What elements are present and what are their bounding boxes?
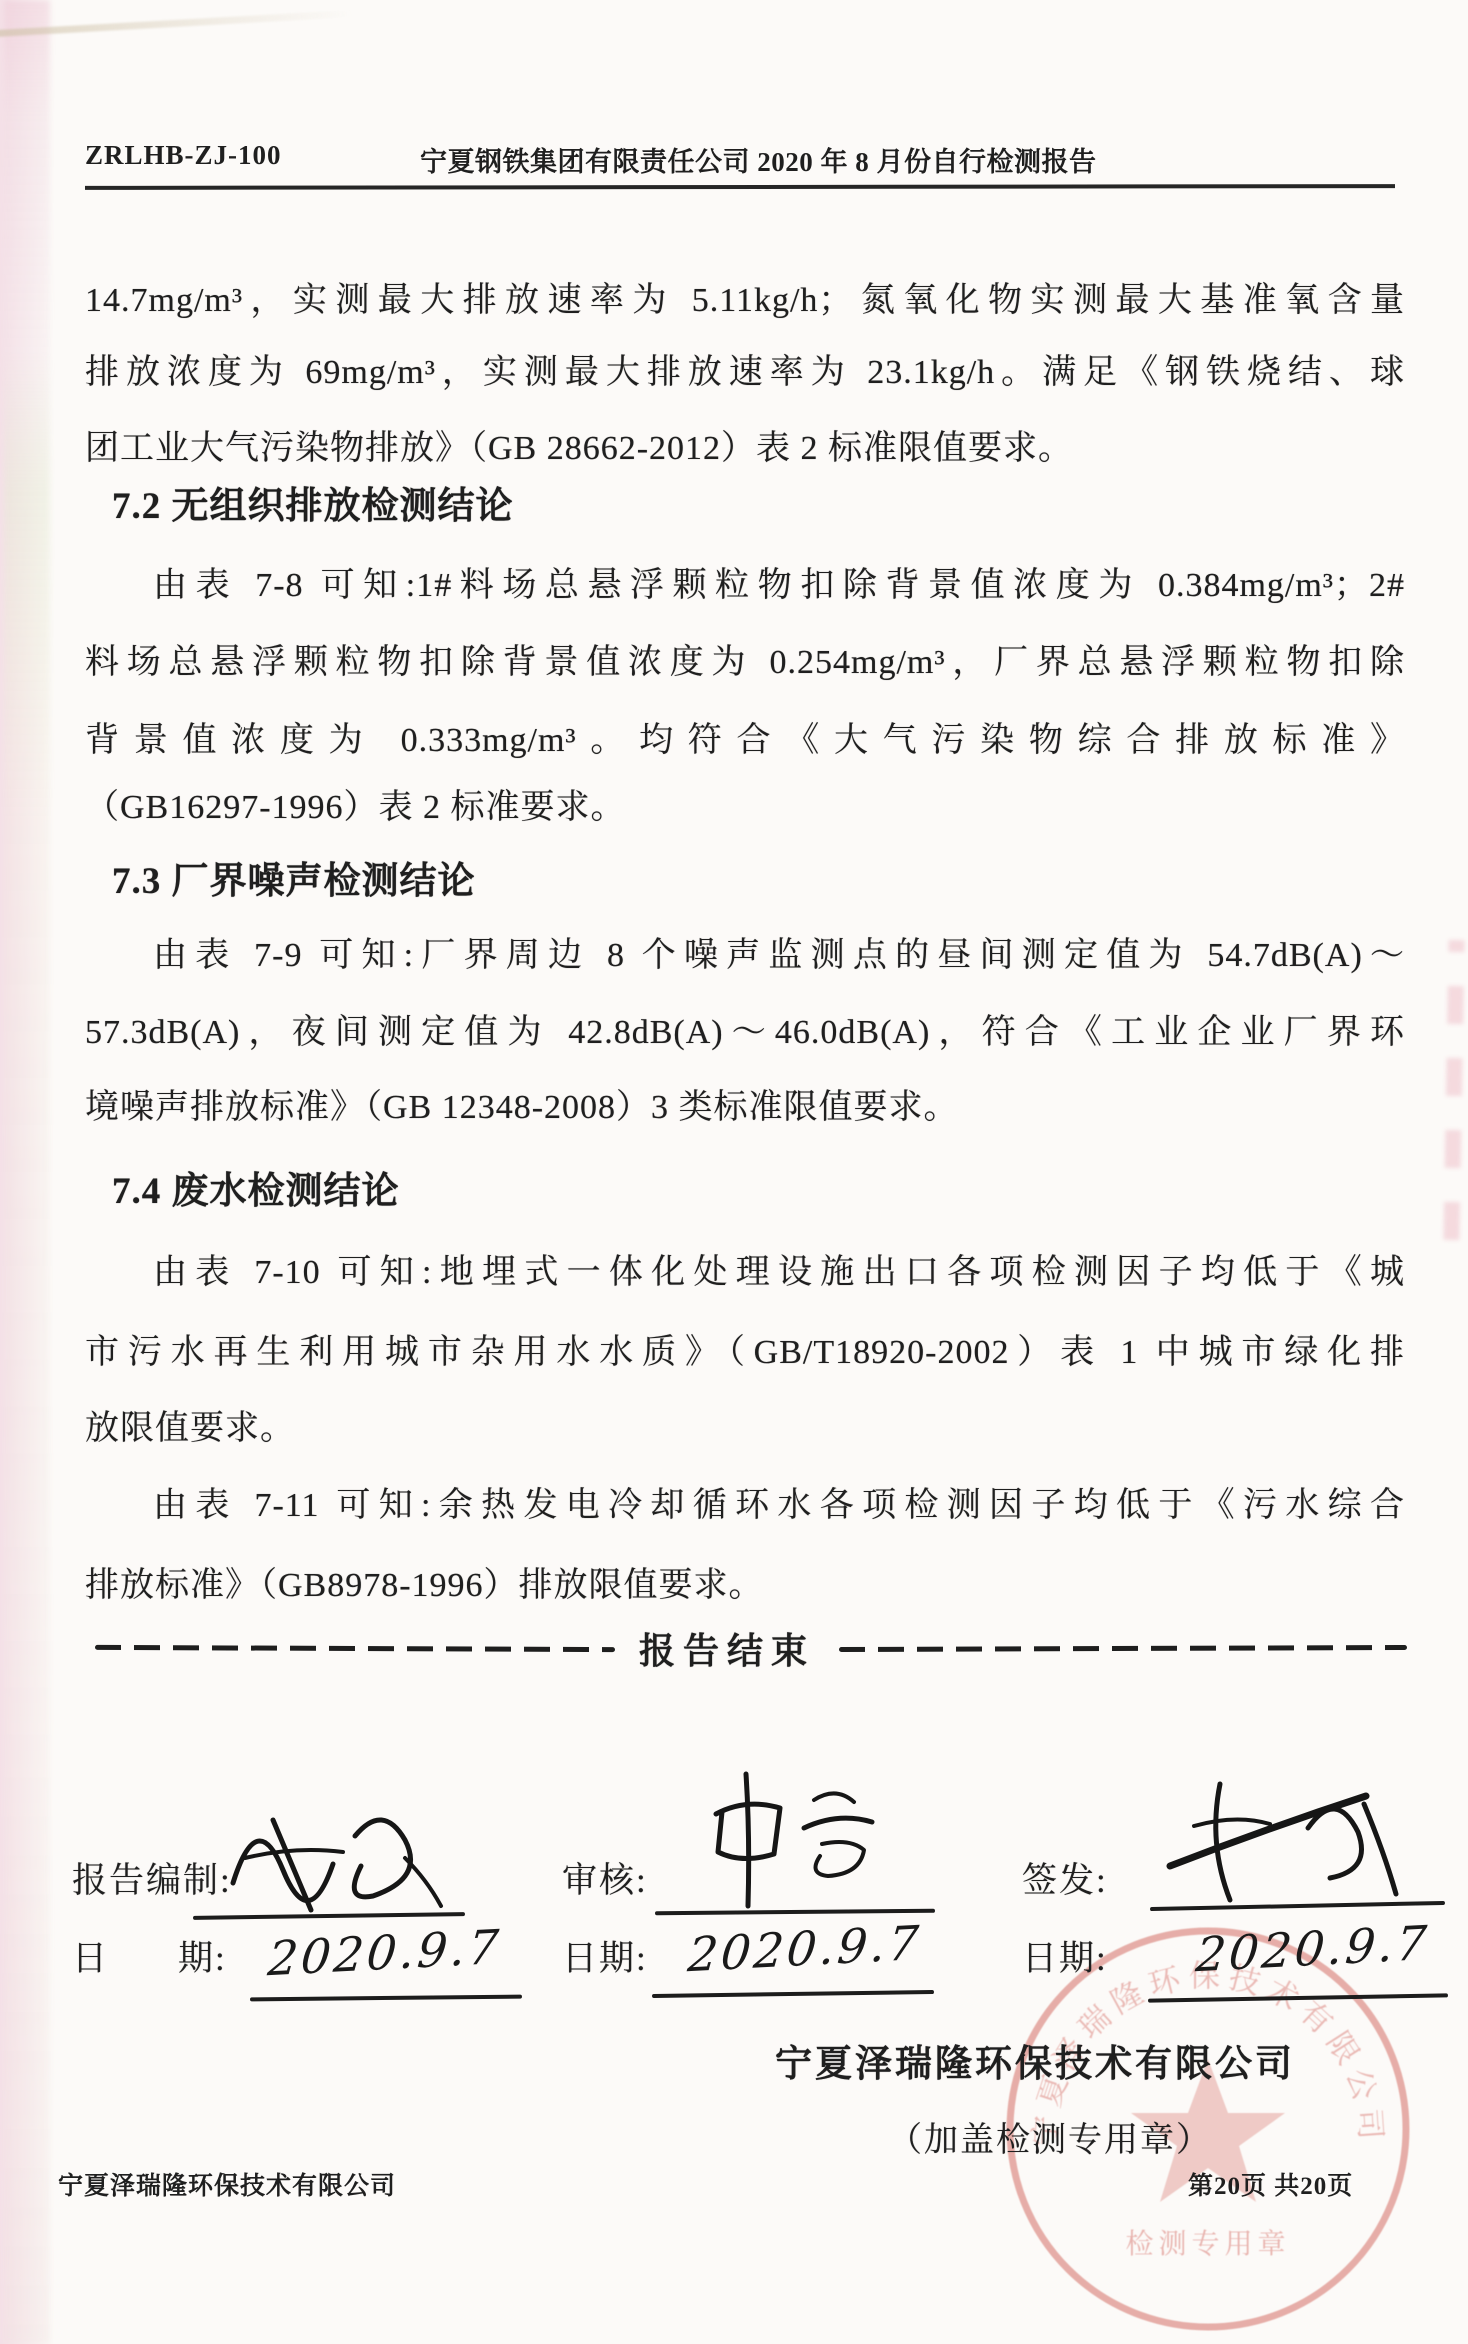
date-label: 日期: [1022, 1938, 1108, 1980]
doc-header-title: 宁夏钢铁集团有限责任公司 2020 年 8 月份自行检测报告 [420, 140, 1080, 179]
header-rule [85, 184, 1395, 190]
handwritten-date-prepared: 2020.9.7 [266, 1920, 504, 1988]
body-line: 由表 7-11 可知:余热发电冷却循环水各项检测因子均低于《污水综合 [85, 1467, 1405, 1544]
doc-code: ZRLHB-ZJ-100 [85, 140, 282, 171]
end-marker-text: 报告结束 [639, 1623, 815, 1674]
section-heading-7-2: 7.2 无组织排放检测结论 [112, 467, 514, 547]
body-line: （GB16297-1996）表 2 标准要求。 [85, 769, 1405, 846]
issued-by-label: 签发: [1022, 1860, 1108, 1902]
section-heading-7-4: 7.4 废水检测结论 [112, 1152, 400, 1232]
seal-note: （加盖检测专用章） [888, 2112, 1212, 2161]
signature-issued-by [1158, 1766, 1413, 1916]
end-dash-right [839, 1645, 1407, 1652]
body-line: 57.3dB(A)，夜间测定值为 42.8dB(A)～46.0dB(A)，符合《… [85, 994, 1405, 1071]
stamp-label: 检测专用章 [1125, 2228, 1290, 2260]
body-line: 14.7mg/m³，实测最大排放速率为 5.11kg/h；氮氧化物实测最大基准氧… [85, 262, 1405, 339]
scan-left-edge-tint [4, 0, 50, 2344]
signature-reviewed-by [688, 1756, 888, 1916]
date-line [652, 1990, 934, 1998]
body-line: 料场总悬浮颗粒物扣除背景值浓度为 0.254mg/m³，厂界总悬浮颗粒物扣除 [85, 624, 1405, 701]
body-line: 境噪声排放标准》（GB 12348-2008）3 类标准限值要求。 [85, 1069, 1405, 1146]
footer-company: 宁夏泽瑞隆环保技术有限公司 [58, 2166, 396, 2202]
date-label-part: 日 [72, 1938, 109, 1980]
section-heading-7-3: 7.3 厂界噪声检测结论 [112, 842, 476, 922]
body-line: 由表 7-9 可知:厂界周边 8 个噪声监测点的昼间测定值为 54.7dB(A)… [85, 917, 1405, 994]
body-line: 排放浓度为 69mg/m³，实测最大排放速率为 23.1kg/h。满足《钢铁烧结… [85, 334, 1405, 411]
prepared-by-label: 报告编制: [72, 1860, 232, 1902]
date-label-part: 期: [178, 1938, 227, 1980]
date-label: 日期: [562, 1938, 648, 1980]
body-line: 市污水再生利用城市杂用水水质》（GB/T18920-2002）表 1 中城市绿化… [85, 1314, 1405, 1391]
scanned-report-page: ZRLHB-ZJ-100 宁夏钢铁集团有限责任公司 2020 年 8 月份自行检… [0, 0, 1468, 2344]
signature-prepared-by [215, 1788, 450, 1923]
body-line: 由表 7-10 可知:地埋式一体化处理设施出口各项检测因子均低于《城 [85, 1234, 1405, 1311]
body-line: 放限值要求。 [85, 1390, 1405, 1467]
body-line: 由表 7-8 可知:1#料场总悬浮颗粒物扣除背景值浓度为 0.384mg/m³；… [85, 547, 1405, 624]
end-dash-left [95, 1645, 615, 1652]
issuing-company-name: 宁夏泽瑞隆环保技术有限公司 [775, 2033, 1295, 2087]
handwritten-date-reviewed: 2020.9.7 [686, 1916, 924, 1984]
reviewed-by-label: 审核: [562, 1860, 648, 1902]
date-line [250, 1995, 522, 2002]
scan-right-ink-bleed [1443, 940, 1464, 1240]
report-end-marker: 报告结束 [95, 1610, 1407, 1687]
body-line: 背景值浓度为 0.333mg/m³。均符合《大气污染物综合排放标准》 [85, 702, 1405, 779]
footer-page-number: 第20页 共20页 [1188, 2166, 1353, 2202]
